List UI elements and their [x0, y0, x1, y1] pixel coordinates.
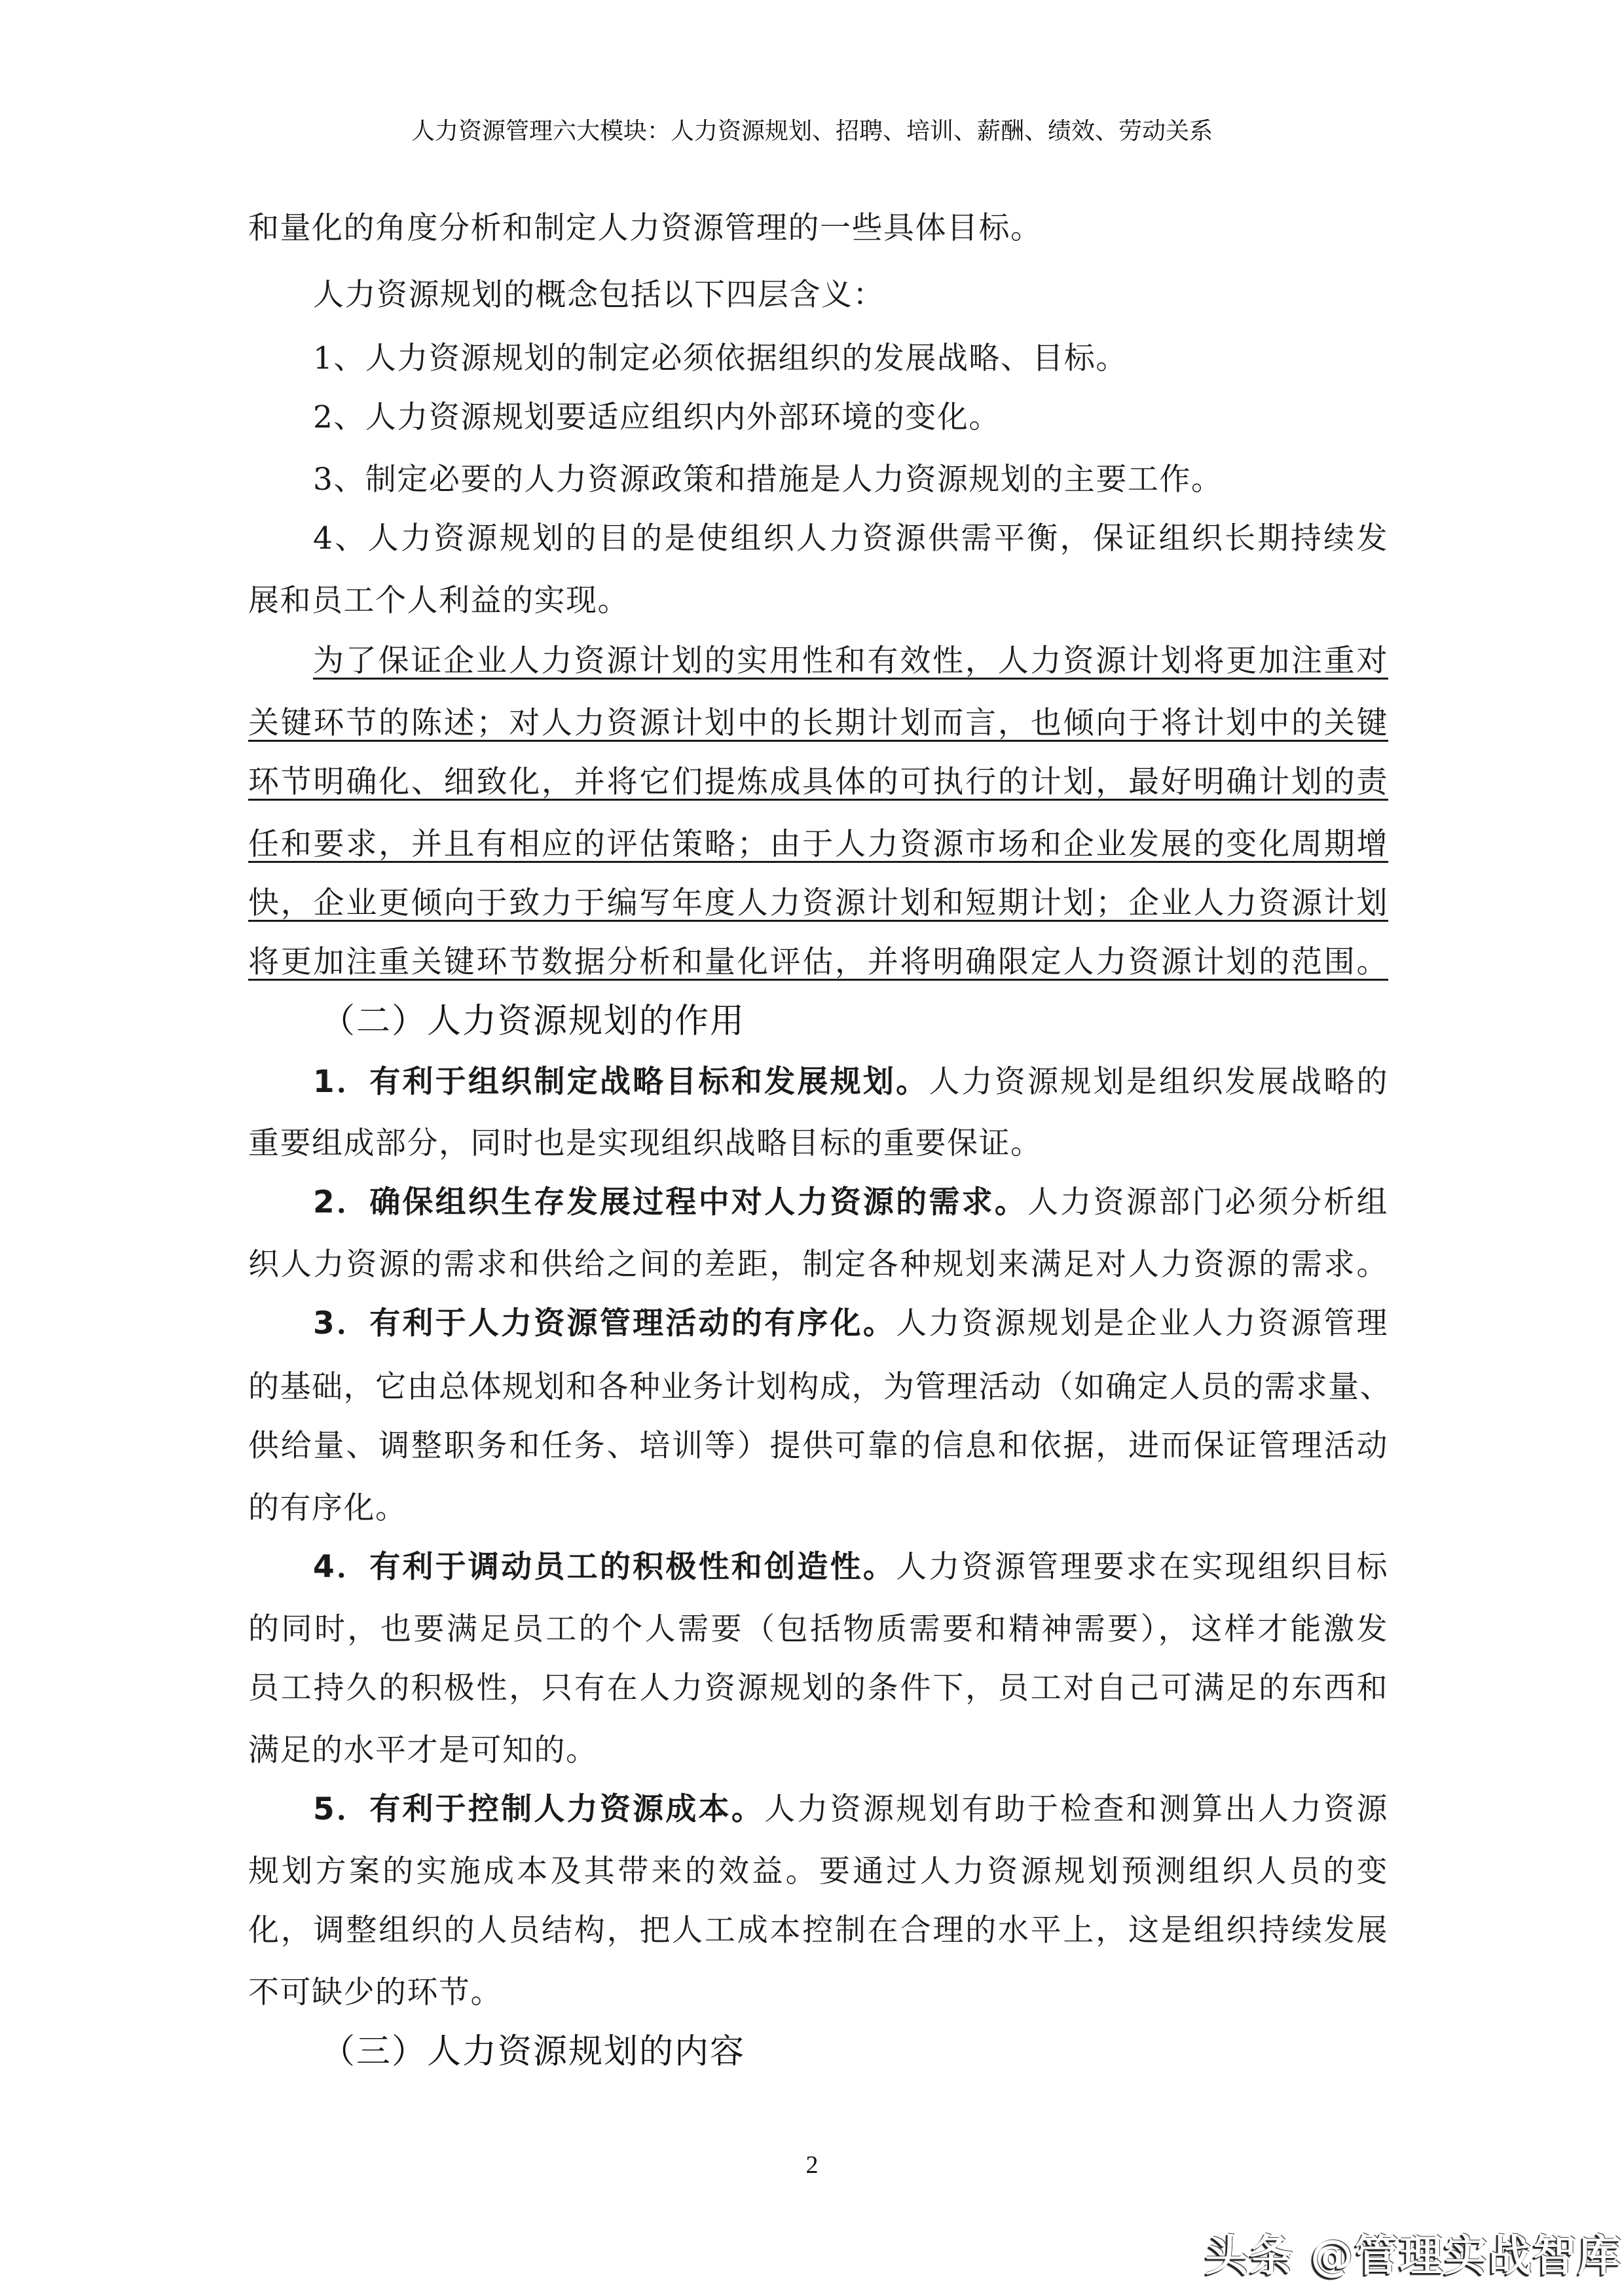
- concept-lead-text: 人力资源规划的概念包括以下四层含义：: [313, 277, 885, 313]
- underlined-paragraph-line: 环节明确化、细致化，并将它们提炼成具体的可执行的计划，最好明确计划的责: [248, 763, 1388, 802]
- paragraph-line: 不可缺少的环节。: [248, 1973, 1388, 2013]
- paragraph-line: 的有序化。: [248, 1489, 1388, 1528]
- concept-item-1: 1、人力资源规划的制定必须依据组织的发展战略、目标。: [313, 339, 1388, 378]
- role-item-title: 5．有利于控制人力资源成本。: [313, 1791, 764, 1827]
- paragraph-line: 员工持久的积极性，只有在人力资源规划的条件下，员工对自己可满足的东西和: [248, 1669, 1388, 1708]
- concept-item-3: 3、制定必要的人力资源政策和措施是人力资源规划的主要工作。: [313, 460, 1388, 500]
- underlined-paragraph-line: 为了保证企业人力资源计划的实用性和有效性，人力资源计划将更加注重对: [313, 642, 1388, 681]
- watermark: 头条 @管理实战智库: [1205, 2221, 1622, 2283]
- underlined-paragraph-line: 关键环节的陈述；对人力资源计划中的长期计划而言，也倾向于将计划中的关键: [248, 704, 1388, 743]
- role-item-title: 3．有利于人力资源管理活动的有序化。: [313, 1305, 896, 1341]
- paragraph-line: 重要组成部分，同时也是实现组织战略目标的重要保证。: [248, 1124, 1388, 1163]
- role-item-1: 1．有利于组织制定战略目标和发展规划。人力资源规划是组织发展战略的: [313, 1063, 1388, 1102]
- paragraph-line: 化，调整组织的人员结构，把人工成本控制在合理的水平上，这是组织持续发展: [248, 1911, 1388, 1950]
- paragraph-line: 规划方案的实施成本及其带来的效益。要通过人力资源规划预测组织人员的变: [248, 1852, 1388, 1891]
- role-item-3: 3．有利于人力资源管理活动的有序化。人力资源规划是企业人力资源管理: [313, 1304, 1388, 1343]
- concept-item-2: 2、人力资源规划要适应组织内外部环境的变化。: [313, 398, 1388, 437]
- paragraph-line: 织人力资源的需求和供给之间的差距，制定各种规划来满足对人力资源的需求。: [248, 1245, 1388, 1285]
- paragraph-line: 供给量、调整职务和任务、培训等）提供可靠的信息和依据，进而保证管理活动: [248, 1427, 1388, 1466]
- page-number: 2: [0, 2151, 1624, 2179]
- page-header: 人力资源管理六大模块：人力资源规划、招聘、培训、薪酬、绩效、劳动关系: [0, 113, 1624, 146]
- underlined-paragraph-line: 将更加注重关键环节数据分析和量化评估，并将明确限定人力资源计划的范围。: [248, 943, 1388, 982]
- underlined-paragraph-line: 任和要求，并且有相应的评估策略；由于人力资源市场和企业发展的变化周期增: [248, 825, 1388, 864]
- role-item-title: 4．有利于调动员工的积极性和创造性。: [313, 1549, 896, 1585]
- role-item-text: 人力资源管理要求在实现组织目标: [896, 1549, 1388, 1585]
- paragraph-line: 和量化的角度分析和制定人力资源管理的一些具体目标。: [248, 209, 1388, 248]
- paragraph-line: 的基础，它由总体规划和各种业务计划构成，为管理活动（如确定人员的需求量、: [248, 1368, 1388, 1407]
- concept-item-4-cont: 展和员工个人利益的实现。: [248, 581, 1388, 621]
- role-item-5: 5．有利于控制人力资源成本。人力资源规划有助于检查和测算出人力资源: [313, 1790, 1388, 1829]
- concept-item-4: 4、人力资源规划的目的是使组织人力资源供需平衡，保证组织长期持续发: [313, 519, 1388, 558]
- role-item-title: 2．确保组织生存发展过程中对人力资源的需求。: [313, 1184, 1027, 1220]
- section-heading-3: （三）人力资源规划的内容: [321, 2031, 745, 2073]
- underlined-paragraph-line: 快，企业更倾向于致力于编写年度人力资源计划和短期计划；企业人力资源计划: [248, 884, 1388, 923]
- role-item-4: 4．有利于调动员工的积极性和创造性。人力资源管理要求在实现组织目标: [313, 1548, 1388, 1587]
- role-item-title: 1．有利于组织制定战略目标和发展规划。: [313, 1064, 929, 1100]
- role-item-text: 人力资源规划有助于检查和测算出人力资源: [764, 1791, 1388, 1827]
- role-item-text: 人力资源规划是企业人力资源管理: [896, 1305, 1388, 1341]
- role-item-text: 人力资源规划是组织发展战略的: [929, 1064, 1388, 1100]
- role-item-2: 2．确保组织生存发展过程中对人力资源的需求。人力资源部门必须分析组: [313, 1183, 1388, 1222]
- role-item-text: 人力资源部门必须分析组: [1027, 1184, 1388, 1220]
- paragraph-line: 的同时，也要满足员工的个人需要（包括物质需要和精神需要），这样才能激发: [248, 1610, 1388, 1649]
- concept-lead: 人力资源规划的概念包括以下四层含义：: [313, 276, 1388, 315]
- paragraph-line: 满足的水平才是可知的。: [248, 1731, 1388, 1770]
- section-heading-2: （二）人力资源规划的作用: [321, 1000, 745, 1042]
